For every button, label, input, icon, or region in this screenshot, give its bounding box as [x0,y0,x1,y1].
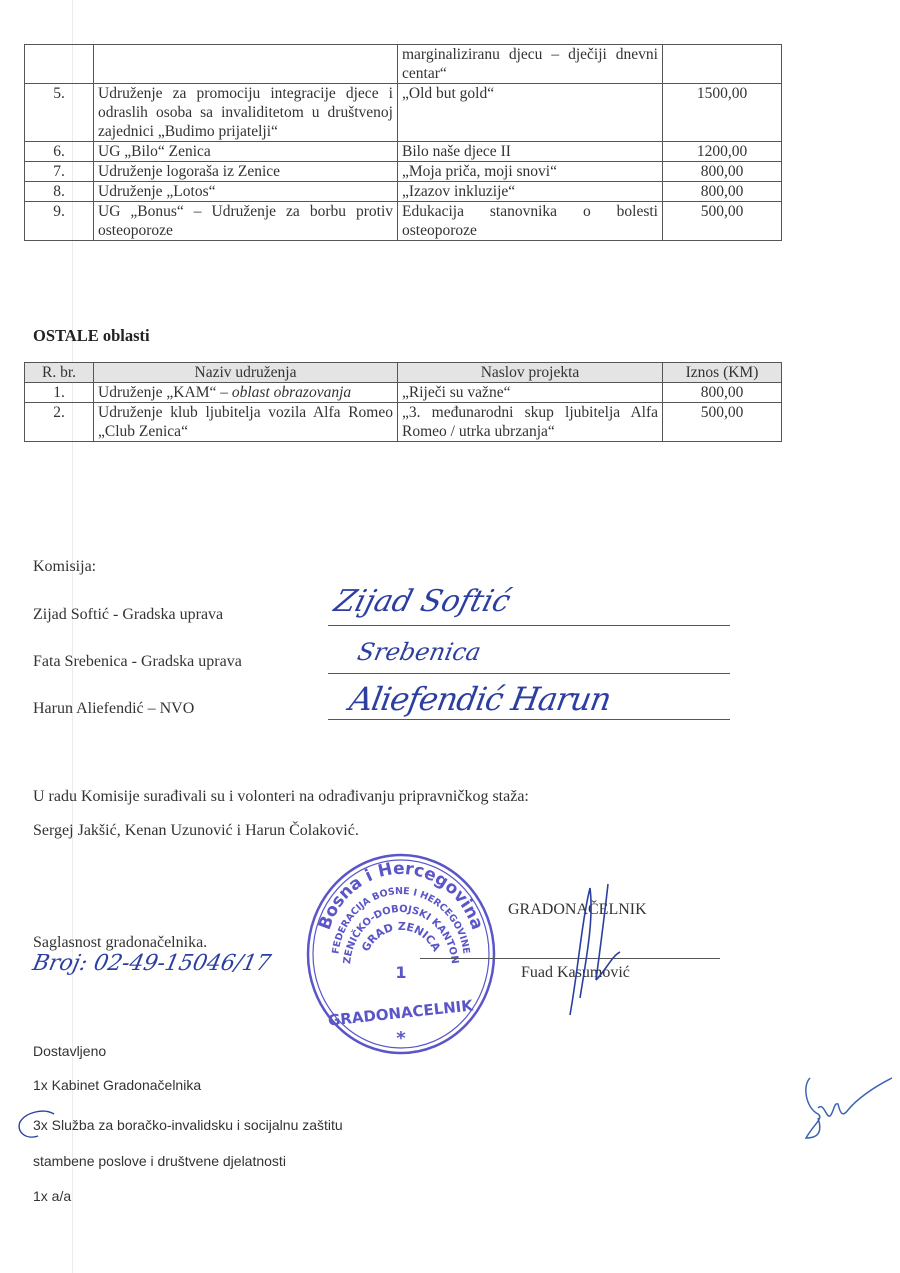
table-header-row: R. br. Naziv udruženja Naslov projekta I… [25,363,782,383]
signature-1: Zijad Softić [330,584,514,619]
signature-2: Srebenica [355,638,484,666]
amount: 1200,00 [663,142,782,162]
project-title: „Old but gold“ [398,84,663,142]
table-row: 7.Udruženje logoraša iz Zenice„Moja prič… [25,162,782,182]
signature-3: Aliefendić Harun [347,680,614,718]
amount: 500,00 [663,202,782,241]
association-name: Udruženje za promociju integracije djece… [94,84,398,142]
project-title: Bilo naše djece II [398,142,663,162]
signature-line-2 [328,673,730,674]
association-name: UG „Bilo“ Zenica [94,142,398,162]
distribution-label: Dostavljeno [33,1043,106,1059]
table-row: 8.Udruženje „Lotos“„Izazov inkluzije“800… [25,182,782,202]
header-iznos: Iznos (KM) [663,363,782,383]
volunteers-line-2: Sergej Jakšić, Kenan Uzunović i Harun Čo… [33,822,359,840]
row-number: 9. [25,202,94,241]
row-number: 7. [25,162,94,182]
association-name: Udruženje „KAM“ – oblast obrazovanja [94,383,398,403]
distribution-item-4: 1x a/a [33,1188,71,1204]
association-name [94,45,398,84]
row-number: 1. [25,383,94,403]
stamp-number: 1 [395,963,406,982]
project-title: marginaliziranu djecu – dječiji dnevni c… [398,45,663,84]
mayor-consent: Saglasnost gradonačelnika. [33,934,207,952]
header-naziv: Naziv udruženja [94,363,398,383]
official-stamp: Bosna i Hercegovina FEDERACIJA BOSNE I H… [304,852,498,1056]
amount: 500,00 [663,403,782,442]
amount: 800,00 [663,383,782,403]
project-title: Edukacija stanovnika o bolesti osteoporo… [398,202,663,241]
section-title-ostale: OSTALE oblasti [33,326,150,346]
amount: 800,00 [663,162,782,182]
association-name: Udruženje klub ljubitelja vozila Alfa Ro… [94,403,398,442]
handwritten-reference: Broj: 02-49-15046/17 [30,951,273,976]
project-title: „Riječi su važne“ [398,383,663,403]
table-row: 9.UG „Bonus“ – Udruženje za borbu protiv… [25,202,782,241]
member-name-2: Fata Srebenica - Gradska uprava [33,653,242,671]
komisija-label: Komisija: [33,558,96,576]
row-number: 5. [25,84,94,142]
mayor-signature [560,880,630,1020]
association-field-italic: oblast obrazovanja [232,384,351,401]
amount: 800,00 [663,182,782,202]
row-number: 6. [25,142,94,162]
project-title: „3. međunarodni skup ljubitelja Alfa Rom… [398,403,663,442]
association-name: UG „Bonus“ – Udruženje za borbu protiv o… [94,202,398,241]
table-row: 1.Udruženje „KAM“ – oblast obrazovanja„R… [25,383,782,403]
stamp-star: * [396,1028,406,1049]
project-title: „Izazov inkluzije“ [398,182,663,202]
member-name-1: Zijad Softić - Gradska uprava [33,606,223,624]
volunteers-line-1: U radu Komisije surađivali su i volonter… [33,788,529,806]
association-name: Udruženje „Lotos“ [94,182,398,202]
row-number [25,45,94,84]
stamp-text-bottom: GRADONACELNIK [327,996,475,1029]
table-row: marginaliziranu djecu – dječiji dnevni c… [25,45,782,84]
project-title: „Moja priča, moji snovi“ [398,162,663,182]
header-rbr: R. br. [25,363,94,383]
association-name-text: Udruženje „KAM“ – [98,384,232,401]
table-row: 5.Udruženje za promociju integracije dje… [25,84,782,142]
handwritten-circle-mark [16,1108,56,1144]
table-row: 6.UG „Bilo“ ZenicaBilo naše djece II1200… [25,142,782,162]
grants-table-continued: marginaliziranu djecu – dječiji dnevni c… [24,44,782,241]
association-name: Udruženje logoraša iz Zenice [94,162,398,182]
distribution-item-2: 3x Služba za boračko-invalidsku i socija… [33,1117,343,1133]
row-number: 2. [25,403,94,442]
signature-line-1 [328,625,730,626]
association-name-text: Udruženje klub ljubitelja vozila Alfa Ro… [98,404,393,440]
grants-table-ostale: R. br. Naziv udruženja Naslov projekta I… [24,362,782,442]
distribution-item-1: 1x Kabinet Gradonačelnika [33,1077,201,1093]
initials-signature [796,1068,896,1148]
row-number: 8. [25,182,94,202]
member-name-3: Harun Aliefendić – NVO [33,700,194,718]
distribution-item-3: stambene poslove i društvene djelatnosti [33,1153,286,1169]
signature-line-3 [328,719,730,720]
table-row: 2.Udruženje klub ljubitelja vozila Alfa … [25,403,782,442]
amount: 1500,00 [663,84,782,142]
header-naslov: Naslov projekta [398,363,663,383]
amount [663,45,782,84]
